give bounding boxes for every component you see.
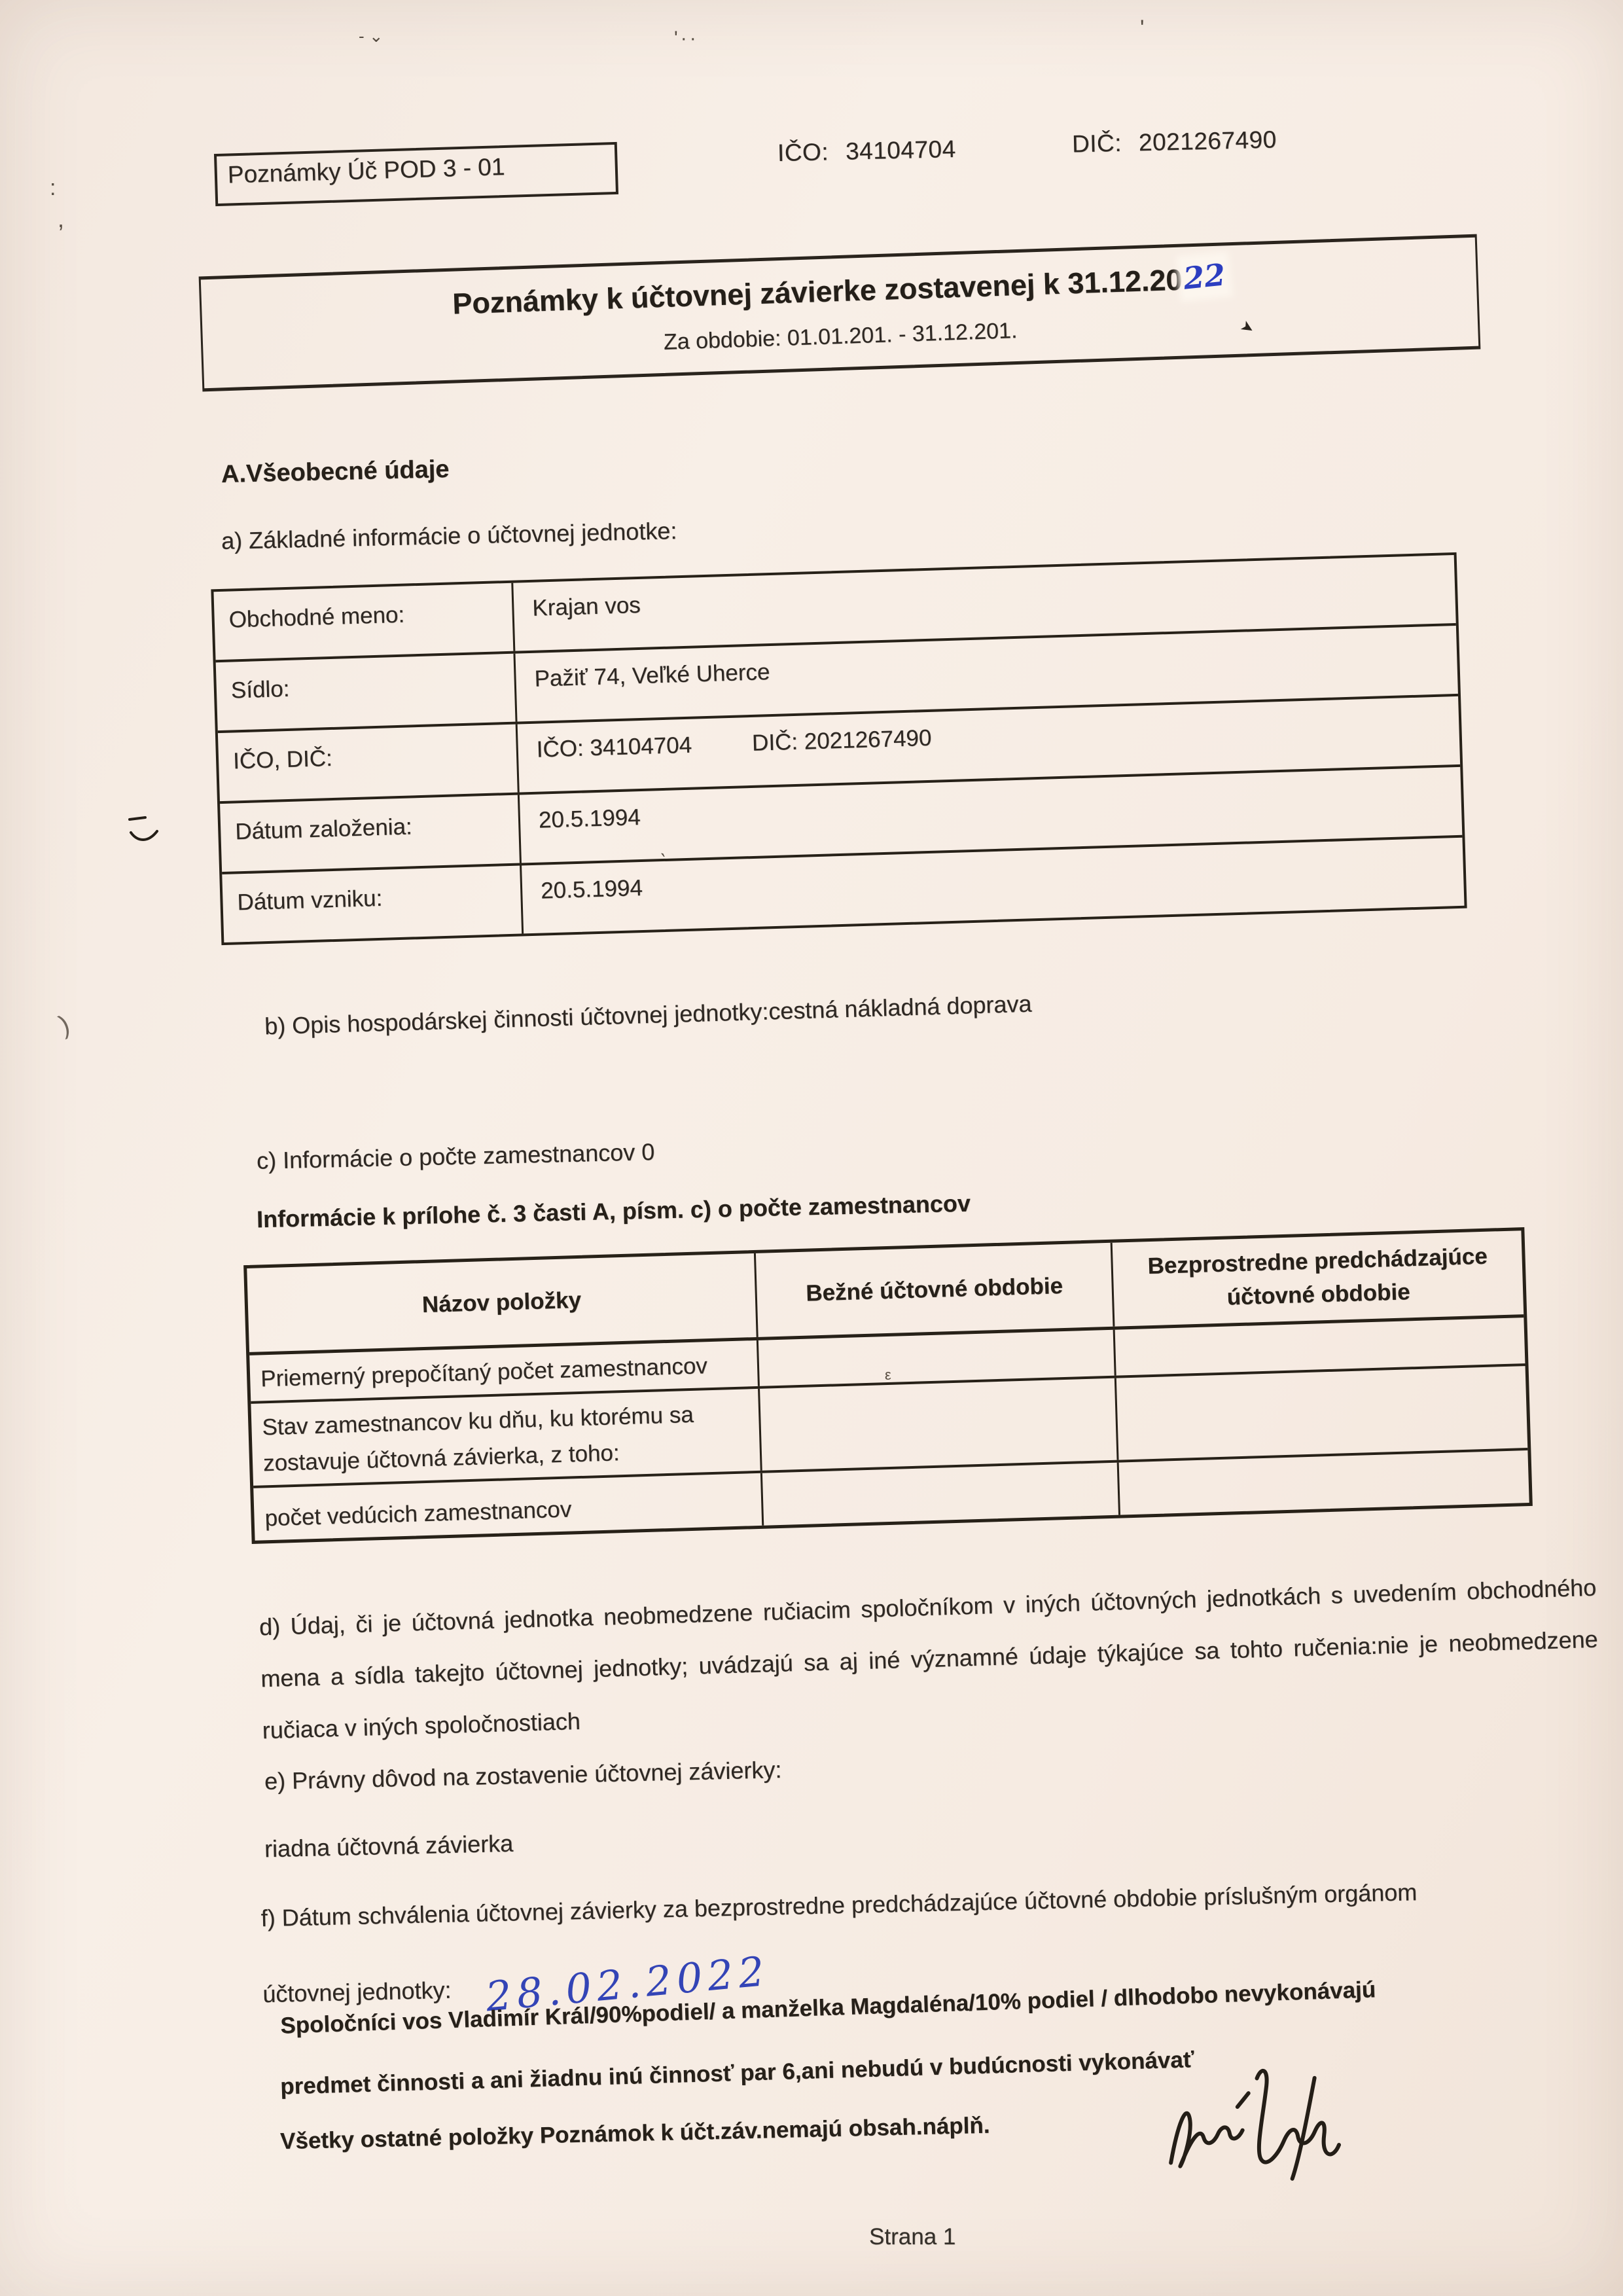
previous-period-cell: [1119, 1450, 1529, 1515]
form-code: Poznámky Úč POD 3 - 01: [227, 153, 505, 188]
handwritten-signature: [1156, 2047, 1347, 2197]
employees-table: Názov položky Bežné účtovné obdobie Bezp…: [243, 1227, 1533, 1544]
dic-cell-value: DIČ: 2021267490: [752, 725, 932, 756]
previous-period-cell: [1116, 1366, 1527, 1460]
section-a-heading: A.Všeobecné údaje: [221, 456, 450, 489]
info-label: Dátum založenia:: [220, 795, 522, 872]
handwritten-year: 22: [1181, 257, 1226, 296]
scribble-strokes: [127, 814, 166, 848]
column-header: Názov položky: [247, 1253, 758, 1352]
dic-value: 2021267490: [1139, 126, 1277, 156]
title-box: Poznámky k účtovnej závierke zostavenej …: [199, 234, 1481, 392]
paragraph-f-line2-text: účtovnej jednotky:: [262, 1977, 452, 2008]
ico-value: 34104704: [846, 135, 957, 165]
title-printed-text: Poznámky k účtovnej závierke zostavenej …: [452, 263, 1183, 321]
partners-line-2: predmet činnosti a ani žiadnu inú činnos…: [280, 2047, 1194, 2100]
current-period-cell: [762, 1462, 1120, 1525]
closing-line: Všetky ostatné položky Poznámok k účt.zá…: [280, 2113, 990, 2155]
scan-artifact: :: [50, 175, 56, 201]
scan-artifact: '··: [674, 27, 699, 50]
entity-info-table: Obchodné meno: Krajan vos Sídlo: Pažiť 7…: [211, 552, 1467, 945]
ico-line: IČO:34104704: [777, 135, 957, 167]
sub-b-line: b) Opis hospodárskej činnosti účtovnej j…: [264, 990, 1032, 1041]
info-label: IČO, DIČ:: [218, 725, 520, 802]
spacer: [692, 751, 752, 753]
signature-strokes: [1156, 2047, 1347, 2193]
scan-artifact: ): [56, 1010, 74, 1041]
scan-artifact: ε: [885, 1367, 891, 1384]
column-header: Bezprostredne predchádzajúce účtovné obd…: [1113, 1230, 1524, 1326]
page-number: Strana 1: [869, 2224, 955, 2250]
ico-cell-value: IČO: 34104704: [536, 732, 692, 762]
row-name-cell: Stav zamestnancov ku dňu, ku ktorému sa …: [251, 1389, 762, 1486]
column-header: Bežné účtovné obdobie: [756, 1243, 1115, 1337]
sub-e-line: e) Právny dôvod na zostavenie účtovnej z…: [264, 1756, 782, 1795]
current-period-cell: [758, 1330, 1116, 1386]
paragraph-d: d) Údaj, či je účtovná jednotka neobmedz…: [259, 1562, 1600, 1757]
scanned-page-background: { "page": { "form_code": "Poznámky Úč PO…: [0, 0, 1623, 2296]
ico-label: IČO:: [777, 138, 829, 166]
margin-scribble: [127, 814, 166, 852]
current-period-cell: [760, 1378, 1118, 1471]
scan-artifact: - ⌄: [359, 26, 383, 46]
info-label: Sídlo:: [216, 654, 518, 731]
scan-artifact: ': [1140, 16, 1145, 41]
employees-table-intro: Informácie k prílohe č. 3 časti A, písm.…: [257, 1190, 971, 1234]
dic-label: DIČ:: [1072, 130, 1122, 158]
info-label: Obchodné meno:: [213, 583, 515, 660]
sub-c-line: c) Informácie o počte zamestnancov 0: [257, 1138, 655, 1175]
sub-a-line: a) Základné informácie o účtovnej jednot…: [221, 517, 677, 555]
dic-line: DIČ:2021267490: [1072, 126, 1277, 158]
legal-reason-line: riadna účtovná závierka: [264, 1830, 514, 1863]
form-code-box: Poznámky Úč POD 3 - 01: [214, 142, 618, 206]
scan-artifact: ,: [58, 206, 64, 233]
info-label: Dátum vzniku:: [222, 865, 524, 942]
